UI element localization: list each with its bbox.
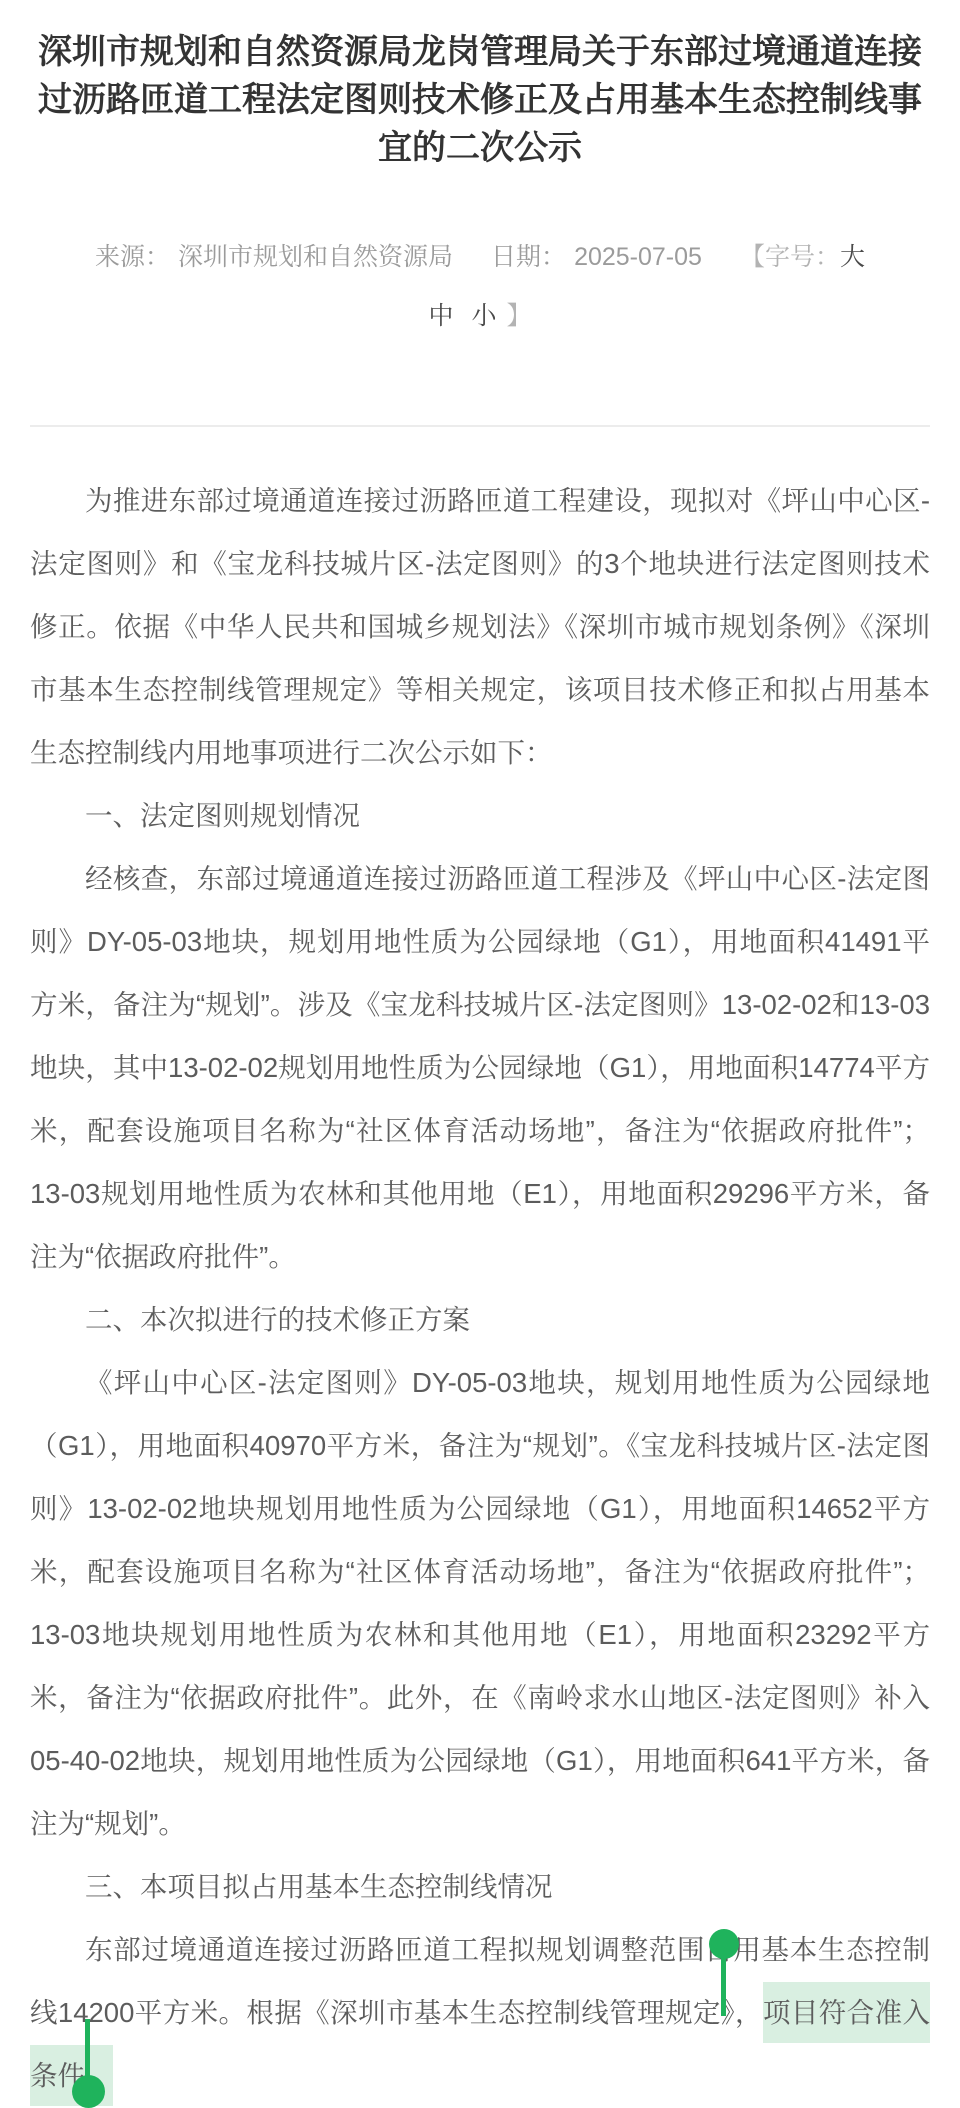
source-value: 深圳市规划和自然资源局: [178, 243, 453, 271]
selection-end-handle-stem[interactable]: [85, 2019, 90, 2077]
paragraph-section-2: 《坪山中心区-法定图则》DY-05-03地块，规划用地性质为公园绿地（G1），用…: [30, 1351, 930, 1855]
selection-start-handle-stem[interactable]: [721, 1952, 726, 2016]
font-size-large-button[interactable]: 大: [840, 243, 865, 271]
font-size-small-button[interactable]: 小: [471, 302, 496, 330]
meta-line-1: 来源：深圳市规划和自然资源局日期：2025-07-05【字号：大: [0, 228, 960, 287]
fontsize-suffix: 】: [507, 302, 532, 330]
paragraph-section-1: 经核查，东部过境通道连接过沥路匝道工程涉及《坪山中心区-法定图则》DY-05-0…: [30, 847, 930, 1288]
meta-line-2: 中小】: [0, 287, 960, 346]
date-label: 日期：: [491, 243, 566, 271]
selection-start-handle-knob[interactable]: [709, 1929, 739, 1959]
selection-end-handle-knob[interactable]: [72, 2075, 105, 2108]
section-heading-2: 二、本次拟进行的技术修正方案: [30, 1288, 930, 1351]
section-heading-1: 一、法定图则规划情况: [30, 784, 930, 847]
notice-page: { "header": { "title": "深圳市规划和自然资源局龙岗管理局…: [0, 0, 960, 2108]
font-size-medium-button[interactable]: 中: [428, 302, 453, 330]
meta-bar: 来源：深圳市规划和自然资源局日期：2025-07-05【字号：大 中小】: [0, 228, 960, 346]
section-heading-3: 三、本项目拟占用基本生态控制线情况: [30, 1855, 930, 1918]
article-body: 为推进东部过境通道连接过沥路匝道工程建设，现拟对《坪山中心区-法定图则》和《宝龙…: [30, 469, 930, 2107]
paragraph-section-3: 东部过境通道连接过沥路匝道工程拟规划调整范围占用基本生态控制线14200平方米。…: [30, 1918, 930, 2107]
page-title: 深圳市规划和自然资源局龙岗管理局关于东部过境通道连接过沥路匝道工程法定图则技术修…: [30, 0, 930, 172]
divider: [30, 425, 930, 427]
paragraph-intro: 为推进东部过境通道连接过沥路匝道工程建设，现拟对《坪山中心区-法定图则》和《宝龙…: [30, 469, 930, 784]
source-label: 来源：: [95, 243, 170, 271]
date-value: 2025-07-05: [574, 243, 702, 271]
fontsize-label: 【字号：: [740, 243, 840, 271]
